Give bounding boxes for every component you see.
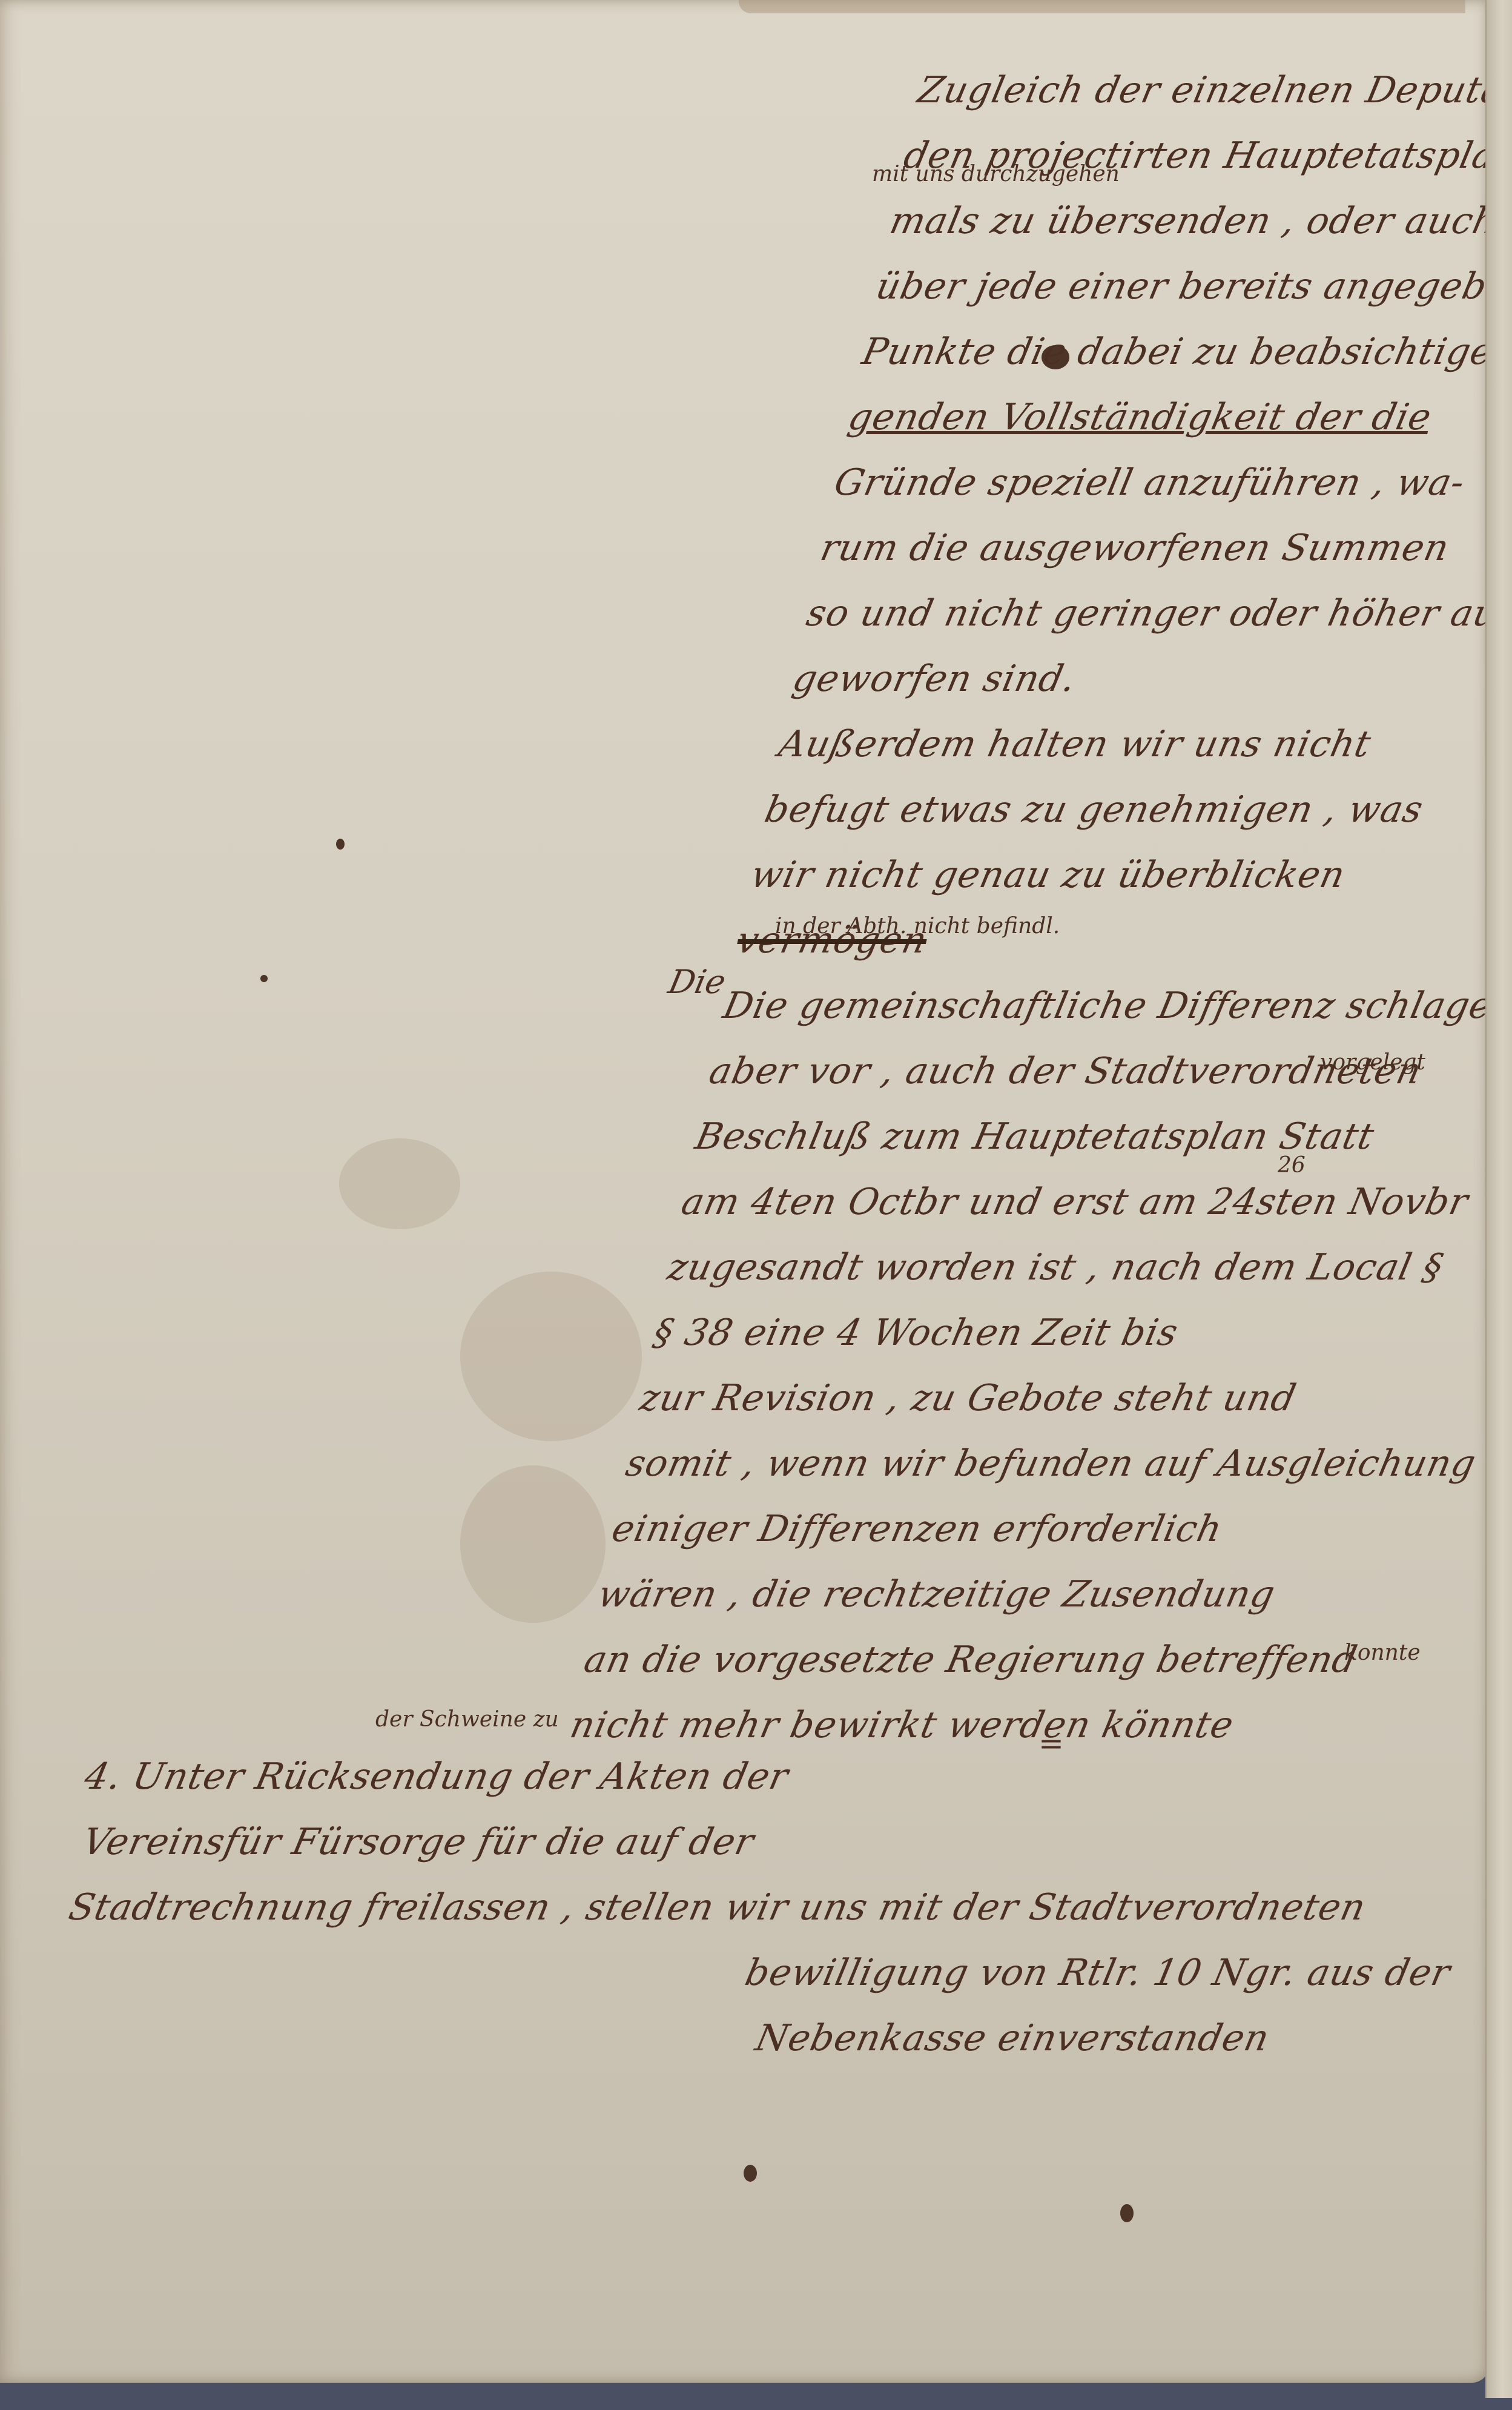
interlinear-insertion: in der Abth. nicht befindl.	[775, 914, 1060, 939]
ink-spot	[336, 839, 345, 850]
interlinear-insertion: konnte	[1344, 1641, 1421, 1665]
text-line: Zugleich der einzelnen Deputation	[911, 58, 1512, 123]
text-line: bewilligung von Rtlr. 10 Ngr. aus der	[37, 1940, 1474, 2006]
text-line: 4. Unter Rücksendung der Akten der	[78, 1744, 1512, 1809]
ink-spot	[260, 975, 268, 982]
ink-spot	[1120, 2204, 1134, 2222]
text-line: befugt etwas zu genehmigen , was	[759, 777, 1505, 842]
text-line: geworfen sind.	[787, 646, 1512, 711]
text-line: über jede einer bereits angegebenen	[870, 254, 1512, 319]
text-line: Gründe speziell anzuführen , wa-	[828, 450, 1512, 515]
text-line: Nebenkasse einverstanden	[23, 2006, 1460, 2071]
right-column-text: Zugleich der einzelnen Deputation den pr…	[564, 58, 1512, 1758]
paper-stain	[339, 1138, 460, 1229]
text-line: mals zu übersenden , oder auch	[886, 200, 1502, 242]
text-line: Vereinsfür Fürsorge für die auf der	[64, 1809, 1501, 1875]
paper-stain	[460, 1465, 606, 1623]
text-line: § 38 eine 4 Wochen Zeit bis	[647, 1300, 1394, 1365]
item-number: 4.	[81, 1755, 125, 1798]
text-line: Unter Rücksendung der Akten der	[129, 1755, 793, 1798]
text-line: Punkte die dabei zu beabsichtigende	[856, 319, 1512, 385]
text-line: wir nicht genau zu überblicken	[745, 842, 1491, 908]
text-line: so und nicht geringer oder höher aus-	[801, 581, 1512, 646]
text-line: Die gemeinschaftliche Differenz schlagen…	[717, 973, 1464, 1038]
text-line: zugesandt worden ist , nach dem Local §	[661, 1235, 1408, 1300]
text-line: rum die ausgeworfenen Summen	[814, 515, 1512, 581]
interlinear-insertion: 26	[1278, 1154, 1306, 1178]
text-line: am 4ten Octbr und erst am 24sten Novbr	[675, 1169, 1422, 1235]
interlinear-insertion: vorgelegt	[1320, 1051, 1425, 1075]
ink-spot	[744, 2165, 757, 2182]
text-line: somit , wenn wir befunden auf Ausgleichu…	[619, 1431, 1366, 1496]
manuscript-page: Zugleich der einzelnen Deputation den pr…	[0, 0, 1490, 2383]
interlinear-insertion: der Schweine zu	[375, 1708, 559, 1732]
text-line: genden Vollständigkeit der die	[842, 385, 1512, 450]
torn-page-edge	[739, 0, 1465, 13]
text-line: einiger Differenzen erforderlich	[606, 1496, 1352, 1562]
text-line: Stadtrechnung freilassen , stellen wir u…	[51, 1875, 1488, 1940]
next-page-edge	[1485, 0, 1512, 2398]
text-line: Außerdem halten wir uns nicht	[773, 711, 1512, 777]
paper-stain	[460, 1272, 642, 1441]
text-line: wären , die rechtzeitige Zusendung	[592, 1562, 1338, 1627]
item-4-text: 4. Unter Rücksendung der Akten der Verei…	[23, 1744, 1512, 2071]
margin-note: Die	[665, 963, 729, 1001]
text-line: zur Revision , zu Gebote steht und	[633, 1365, 1380, 1431]
text-line: Beschluß zum Hauptetatsplan Statt	[689, 1104, 1436, 1169]
text-line: an die vorgesetzte Regierung betreffend	[578, 1627, 1325, 1692]
interlinear-insertion: mit uns durchzugehen	[872, 162, 1120, 187]
text-line: mals zu übersenden , oder auch	[884, 188, 1512, 254]
